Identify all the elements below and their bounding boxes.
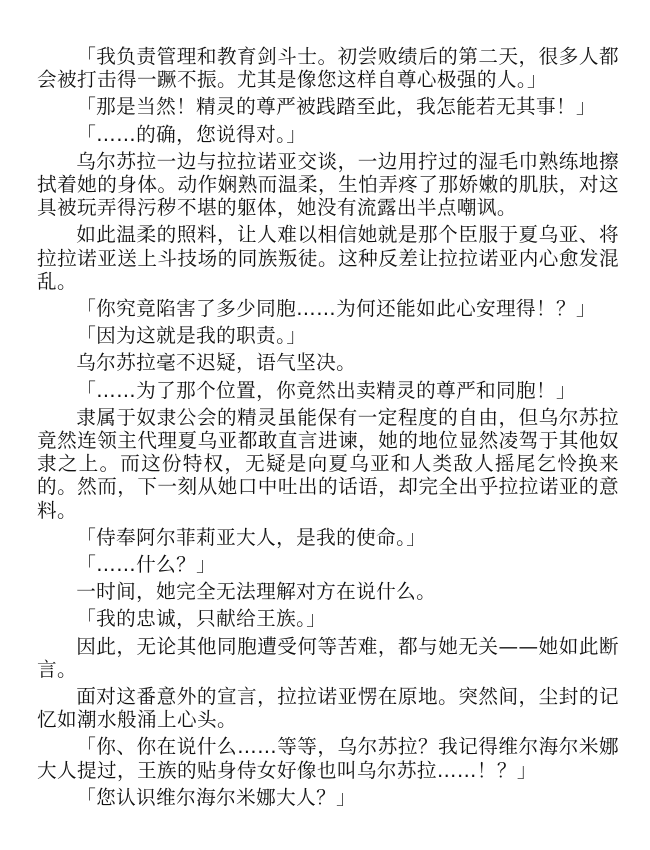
paragraph: 「因为这就是我的职责。」 [37, 324, 619, 347]
paragraph: 「……的确，您说得对。」 [37, 123, 619, 146]
paragraph: 「我的忠诚，只献给王族。」 [37, 607, 619, 630]
paragraph: 「您认识维尔海尔米娜大人？」 [37, 786, 619, 809]
paragraph: 「侍奉阿尔菲莉亚大人，是我的使命。」 [37, 526, 619, 549]
paragraph: 隶属于奴隶公会的精灵虽能保有一定程度的自由，但乌尔苏拉竟然连领主代理夏乌亚都敢直… [37, 406, 619, 522]
paragraph: 「……什么？」 [37, 553, 619, 576]
paragraph: 「你究竟陷害了多少同胞……为何还能如此心安理得！？」 [37, 297, 619, 320]
paragraph: 因此，无论其他同胞遭受何等苦难，都与她无关——她如此断言。 [37, 635, 619, 681]
paragraph: 如此温柔的照料，让人难以相信她就是那个臣服于夏乌亚、将拉拉诺亚送上斗技场的同族叛… [37, 223, 619, 293]
paragraph: 面对这番意外的宣言，拉拉诺亚愣在原地。突然间，尘封的记忆如潮水般涌上心头。 [37, 685, 619, 731]
paragraph: 「我负责管理和教育剑斗士。初尝败绩后的第二天，很多人都会被打击得一蹶不振。尤其是… [37, 45, 619, 91]
paragraph: 一时间，她完全无法理解对方在说什么。 [37, 580, 619, 603]
paragraph: 「……为了那个位置，你竟然出卖精灵的尊严和同胞！」 [37, 379, 619, 402]
paragraph: 「那是当然！精灵的尊严被践踏至此，我怎能若无其事！」 [37, 95, 619, 118]
document-page: 「我负责管理和教育剑斗士。初尝败绩后的第二天，很多人都会被打击得一蹶不振。尤其是… [37, 45, 619, 813]
paragraph: 「你、你在说什么……等等，乌尔苏拉？我记得维尔海尔米娜大人提过，王族的贴身侍女好… [37, 735, 619, 781]
paragraph: 乌尔苏拉一边与拉拉诺亚交谈，一边用拧过的湿毛巾熟练地擦拭着她的身体。动作娴熟而温… [37, 150, 619, 220]
paragraph: 乌尔苏拉毫不迟疑，语气坚决。 [37, 351, 619, 374]
